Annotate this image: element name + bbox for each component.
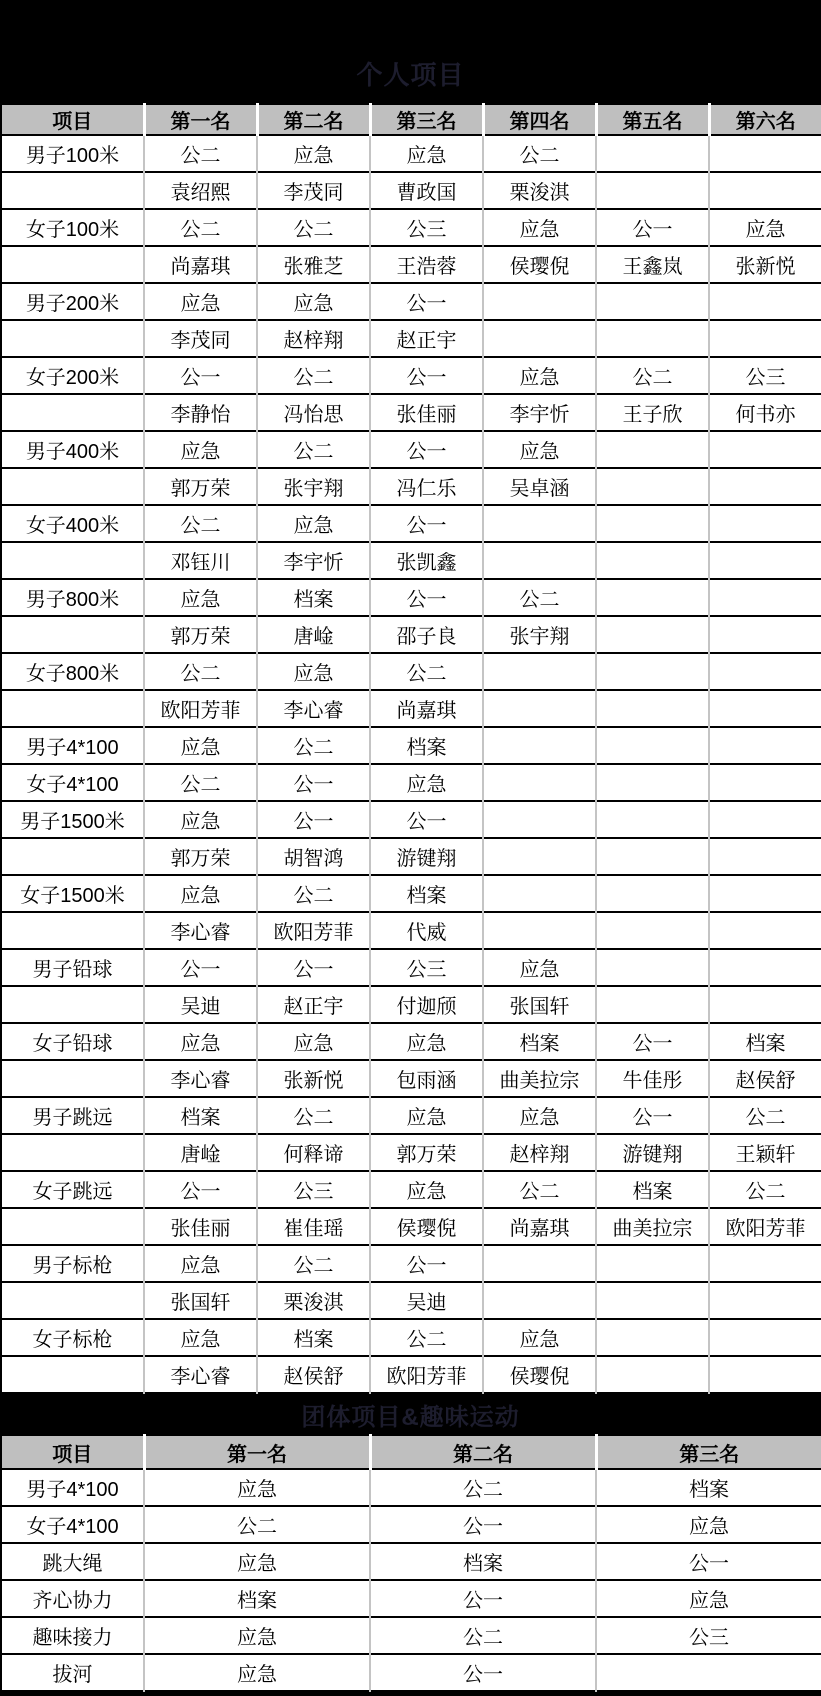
event-cell (1, 1208, 144, 1245)
column-header: 第四名 (483, 104, 596, 135)
column-header: 第三名 (596, 1435, 821, 1469)
result-cell: 应急 (257, 505, 370, 542)
result-cell: 李心睿 (144, 1356, 257, 1393)
event-cell: 女子4*100 (1, 1506, 144, 1543)
result-cell: 公一 (257, 801, 370, 838)
result-cell (596, 690, 709, 727)
table-row: 李茂同赵梓翔赵正宇 (1, 320, 821, 357)
result-cell: 应急 (144, 1469, 370, 1506)
result-cell: 公一 (596, 1543, 821, 1580)
result-cell: 应急 (144, 431, 257, 468)
result-cell (483, 801, 596, 838)
result-cell: 张佳丽 (144, 1208, 257, 1245)
header-row: 项目第一名第二名第三名 (1, 1435, 821, 1469)
result-cell: 档案 (144, 1580, 370, 1617)
event-cell (1, 986, 144, 1023)
header-row: 项目第一名第二名第三名第四名第五名第六名 (1, 104, 821, 135)
event-cell: 女子铅球 (1, 1023, 144, 1060)
result-cell: 公二 (144, 209, 257, 246)
event-cell: 女子4*100 (1, 764, 144, 801)
result-cell: 唐崯 (257, 616, 370, 653)
result-cell (596, 912, 709, 949)
result-cell (709, 1356, 821, 1393)
result-cell: 代威 (370, 912, 483, 949)
table-row: 男子800米应急档案公一公二 (1, 579, 821, 616)
result-cell (709, 912, 821, 949)
result-cell: 公一 (144, 1171, 257, 1208)
result-cell: 欧阳芳菲 (144, 690, 257, 727)
table-row: 邓钰川李宇忻张凯鑫 (1, 542, 821, 579)
result-cell: 公三 (709, 357, 821, 394)
result-cell: 张新悦 (257, 1060, 370, 1097)
result-cell: 公三 (257, 1171, 370, 1208)
result-cell: 公一 (596, 1023, 709, 1060)
event-cell (1, 468, 144, 505)
result-cell: 公一 (370, 801, 483, 838)
event-cell: 男子200米 (1, 283, 144, 320)
table-row: 李静怡冯怡思张佳丽李宇忻王子欣何书亦 (1, 394, 821, 431)
result-cell (709, 172, 821, 209)
result-cell (596, 320, 709, 357)
result-cell: 应急 (483, 357, 596, 394)
event-cell: 男子铅球 (1, 949, 144, 986)
result-cell: 公三 (370, 209, 483, 246)
table-row: 趣味接力应急公二公三 (1, 1617, 821, 1654)
result-cell: 档案 (370, 1543, 596, 1580)
result-cell: 应急 (370, 764, 483, 801)
result-cell (483, 912, 596, 949)
result-cell: 公二 (144, 1506, 370, 1543)
result-cell (596, 653, 709, 690)
result-cell (483, 764, 596, 801)
result-cell: 郭万荣 (370, 1134, 483, 1171)
result-cell (709, 431, 821, 468)
result-cell: 袁绍熙 (144, 172, 257, 209)
result-cell: 包雨涵 (370, 1060, 483, 1097)
result-cell (596, 875, 709, 912)
table-row: 李心睿张新悦包雨涵曲美拉宗牛佳彤赵侯舒 (1, 1060, 821, 1097)
result-cell: 公二 (370, 1469, 596, 1506)
result-cell: 牛佳彤 (596, 1060, 709, 1097)
result-cell: 公二 (144, 135, 257, 172)
result-cell (596, 616, 709, 653)
event-cell (1, 246, 144, 283)
result-cell: 栗浚淇 (257, 1282, 370, 1319)
result-cell: 公一 (370, 505, 483, 542)
table-row: 女子标枪应急档案公二应急 (1, 1319, 821, 1356)
table-row: 女子铅球应急应急应急档案公一档案 (1, 1023, 821, 1060)
result-cell: 李宇忻 (257, 542, 370, 579)
result-cell (596, 838, 709, 875)
event-cell: 女子400米 (1, 505, 144, 542)
event-cell: 男子100米 (1, 135, 144, 172)
table-row: 女子200米公一公二公一应急公二公三 (1, 357, 821, 394)
table-row: 女子400米公二应急公一 (1, 505, 821, 542)
result-cell: 应急 (144, 1654, 370, 1691)
table-row: 男子200米应急应急公一 (1, 283, 821, 320)
result-cell: 公二 (483, 135, 596, 172)
result-cell: 应急 (257, 135, 370, 172)
result-cell: 公一 (370, 1245, 483, 1282)
result-cell: 公一 (370, 357, 483, 394)
table-row: 女子800米公二应急公二 (1, 653, 821, 690)
result-cell: 公一 (370, 431, 483, 468)
table-row: 齐心协力档案公一应急 (1, 1580, 821, 1617)
column-header: 项目 (1, 104, 144, 135)
result-cell (596, 431, 709, 468)
result-cell (709, 542, 821, 579)
result-cell (709, 986, 821, 1023)
event-cell: 女子标枪 (1, 1319, 144, 1356)
result-cell: 公二 (257, 357, 370, 394)
table-row: 女子4*100公二公一应急 (1, 764, 821, 801)
result-cell: 公一 (370, 1580, 596, 1617)
result-cell: 张佳丽 (370, 394, 483, 431)
table-row: 欧阳芳菲李心睿尚嘉琪 (1, 690, 821, 727)
event-cell: 男子1500米 (1, 801, 144, 838)
result-cell: 应急 (596, 1506, 821, 1543)
result-cell: 公二 (144, 653, 257, 690)
event-cell: 男子4*100 (1, 727, 144, 764)
result-cell: 公二 (483, 579, 596, 616)
result-cell (709, 764, 821, 801)
result-cell: 公二 (483, 1171, 596, 1208)
individual-events-table: 项目第一名第二名第三名第四名第五名第六名 男子100米公二应急应急公二袁绍熙李茂… (0, 103, 821, 1394)
result-cell: 公二 (257, 1245, 370, 1282)
result-cell (709, 1319, 821, 1356)
result-cell: 王颖轩 (709, 1134, 821, 1171)
result-cell: 何书亦 (709, 394, 821, 431)
event-cell (1, 690, 144, 727)
table-row: 男子4*100应急公二档案 (1, 727, 821, 764)
event-cell (1, 320, 144, 357)
result-cell: 应急 (483, 1319, 596, 1356)
result-cell (596, 468, 709, 505)
result-cell: 吴卓涵 (483, 468, 596, 505)
result-cell (709, 949, 821, 986)
table-row: 跳大绳应急档案公一 (1, 1543, 821, 1580)
result-cell: 档案 (596, 1469, 821, 1506)
section2-title: 团体项目&趣味运动 (301, 1397, 519, 1432)
result-cell: 王子欣 (596, 394, 709, 431)
result-cell: 郭万荣 (144, 616, 257, 653)
column-header: 第一名 (144, 104, 257, 135)
table-row: 袁绍熙李茂同曹政国栗浚淇 (1, 172, 821, 209)
column-header: 项目 (1, 1435, 144, 1469)
result-cell: 应急 (483, 1097, 596, 1134)
event-cell (1, 1356, 144, 1393)
result-cell (596, 579, 709, 616)
event-cell: 男子4*100 (1, 1469, 144, 1506)
table-row: 郭万荣张宇翔冯仁乐吴卓涵 (1, 468, 821, 505)
result-cell: 档案 (483, 1023, 596, 1060)
team-events-table: 项目第一名第二名第三名 男子4*100应急公二档案女子4*100公二公一应急跳大… (0, 1434, 821, 1692)
result-cell (483, 320, 596, 357)
result-cell (709, 135, 821, 172)
result-cell: 侯璎倪 (483, 246, 596, 283)
result-cell: 尚嘉琪 (483, 1208, 596, 1245)
result-cell: 应急 (709, 209, 821, 246)
result-cell (709, 1245, 821, 1282)
bottom-border-strip (0, 1692, 821, 1696)
event-cell: 女子100米 (1, 209, 144, 246)
event-cell: 趣味接力 (1, 1617, 144, 1654)
result-cell (709, 320, 821, 357)
result-cell (483, 542, 596, 579)
event-cell (1, 616, 144, 653)
result-cell (709, 579, 821, 616)
result-cell (596, 1356, 709, 1393)
result-cell: 公二 (257, 727, 370, 764)
event-cell: 男子800米 (1, 579, 144, 616)
result-cell (483, 838, 596, 875)
result-cell: 应急 (144, 283, 257, 320)
result-cell: 邵子良 (370, 616, 483, 653)
table-row: 男子100米公二应急应急公二 (1, 135, 821, 172)
result-cell (596, 727, 709, 764)
result-cell: 应急 (144, 801, 257, 838)
result-cell (483, 690, 596, 727)
result-cell: 王鑫岚 (596, 246, 709, 283)
result-cell (483, 1282, 596, 1319)
result-cell: 公一 (144, 357, 257, 394)
event-cell (1, 394, 144, 431)
result-cell (709, 727, 821, 764)
result-cell: 侯璎倪 (370, 1208, 483, 1245)
result-cell (596, 1319, 709, 1356)
result-cell: 应急 (257, 283, 370, 320)
result-cell (596, 172, 709, 209)
table-row: 男子1500米应急公一公一 (1, 801, 821, 838)
event-cell: 女子1500米 (1, 875, 144, 912)
result-cell (709, 875, 821, 912)
result-cell: 档案 (370, 727, 483, 764)
column-header: 第五名 (596, 104, 709, 135)
result-cell (596, 986, 709, 1023)
result-cell (709, 653, 821, 690)
result-cell: 公二 (257, 875, 370, 912)
result-cell: 曲美拉宗 (483, 1060, 596, 1097)
result-cell: 公二 (709, 1097, 821, 1134)
result-cell: 李心睿 (144, 912, 257, 949)
result-cell: 冯仁乐 (370, 468, 483, 505)
event-cell: 男子跳远 (1, 1097, 144, 1134)
result-cell (709, 616, 821, 653)
result-cell: 李静怡 (144, 394, 257, 431)
result-cell: 公一 (370, 579, 483, 616)
result-cell: 李宇忻 (483, 394, 596, 431)
result-cell: 应急 (483, 431, 596, 468)
result-cell: 公一 (596, 1097, 709, 1134)
result-cell: 曲美拉宗 (596, 1208, 709, 1245)
result-cell: 应急 (370, 1097, 483, 1134)
column-header: 第一名 (144, 1435, 370, 1469)
result-cell: 应急 (483, 209, 596, 246)
result-cell: 付迦颀 (370, 986, 483, 1023)
result-cell: 唐崯 (144, 1134, 257, 1171)
section1-title: 个人项目 (356, 55, 464, 92)
result-cell: 档案 (370, 875, 483, 912)
result-cell: 公二 (370, 1617, 596, 1654)
result-cell (596, 505, 709, 542)
table-row: 郭万荣胡智鸿游键翔 (1, 838, 821, 875)
section1-title-band: 个人项目 (0, 0, 821, 103)
table-row: 李心睿欧阳芳菲代威 (1, 912, 821, 949)
table-row: 吴迪赵正宇付迦颀张国轩 (1, 986, 821, 1023)
table-row: 女子1500米应急公二档案 (1, 875, 821, 912)
table-row: 男子标枪应急公二公一 (1, 1245, 821, 1282)
result-cell (709, 505, 821, 542)
result-cell: 李心睿 (144, 1060, 257, 1097)
event-cell: 拔河 (1, 1654, 144, 1691)
result-cell: 公二 (257, 209, 370, 246)
result-cell: 公二 (709, 1171, 821, 1208)
result-cell: 应急 (370, 1023, 483, 1060)
result-cell: 应急 (483, 949, 596, 986)
result-cell: 李心睿 (257, 690, 370, 727)
table-row: 拔河应急公一 (1, 1654, 821, 1691)
result-cell: 应急 (144, 1617, 370, 1654)
result-cell (596, 764, 709, 801)
result-cell (483, 1245, 596, 1282)
event-cell (1, 172, 144, 209)
result-cell: 尚嘉琪 (144, 246, 257, 283)
result-cell (709, 1282, 821, 1319)
result-cell (596, 135, 709, 172)
result-cell: 赵正宇 (370, 320, 483, 357)
result-cell: 郭万荣 (144, 468, 257, 505)
event-cell (1, 1060, 144, 1097)
column-header: 第六名 (709, 104, 821, 135)
result-cell: 邓钰川 (144, 542, 257, 579)
result-cell (709, 801, 821, 838)
table-row: 男子4*100应急公二档案 (1, 1469, 821, 1506)
result-cell: 公一 (596, 209, 709, 246)
result-cell: 李茂同 (257, 172, 370, 209)
event-cell (1, 838, 144, 875)
result-cell: 公一 (257, 764, 370, 801)
table-row: 男子铅球公一公一公三应急 (1, 949, 821, 986)
table-row: 郭万荣唐崯邵子良张宇翔 (1, 616, 821, 653)
result-cell: 崔佳瑶 (257, 1208, 370, 1245)
result-cell: 档案 (257, 579, 370, 616)
result-cell: 应急 (144, 727, 257, 764)
column-header: 第三名 (370, 104, 483, 135)
result-cell: 应急 (257, 653, 370, 690)
result-cell: 冯怡思 (257, 394, 370, 431)
result-cell (596, 1282, 709, 1319)
event-cell: 女子200米 (1, 357, 144, 394)
result-cell (483, 727, 596, 764)
event-cell: 齐心协力 (1, 1580, 144, 1617)
result-cell: 公二 (257, 1097, 370, 1134)
event-cell: 女子跳远 (1, 1171, 144, 1208)
result-cell: 赵梓翔 (257, 320, 370, 357)
result-cell: 赵正宇 (257, 986, 370, 1023)
result-cell: 应急 (370, 1171, 483, 1208)
result-cell: 李茂同 (144, 320, 257, 357)
result-cell: 档案 (596, 1171, 709, 1208)
result-cell: 公一 (257, 949, 370, 986)
result-cell: 应急 (144, 1319, 257, 1356)
result-cell: 王浩蓉 (370, 246, 483, 283)
table-row: 女子4*100公二公一应急 (1, 1506, 821, 1543)
table-row: 女子跳远公一公三应急公二档案公二 (1, 1171, 821, 1208)
result-cell: 公二 (370, 1319, 483, 1356)
result-cell: 游键翔 (370, 838, 483, 875)
table-row: 尚嘉琪张雅芝王浩蓉侯璎倪王鑫岚张新悦 (1, 246, 821, 283)
result-cell: 郭万荣 (144, 838, 257, 875)
result-cell: 公二 (257, 431, 370, 468)
section2-title-band: 团体项目&趣味运动 (0, 1394, 821, 1434)
event-cell: 男子标枪 (1, 1245, 144, 1282)
event-cell: 跳大绳 (1, 1543, 144, 1580)
event-cell (1, 912, 144, 949)
table-row: 唐崯何释谛郭万荣赵梓翔游键翔王颖轩 (1, 1134, 821, 1171)
result-cell (483, 875, 596, 912)
result-cell: 栗浚淇 (483, 172, 596, 209)
result-cell: 赵梓翔 (483, 1134, 596, 1171)
result-cell (596, 1245, 709, 1282)
result-cell: 张国轩 (483, 986, 596, 1023)
result-cell: 公一 (370, 1654, 596, 1691)
result-cell: 应急 (144, 1543, 370, 1580)
event-cell (1, 542, 144, 579)
result-cell: 吴迪 (144, 986, 257, 1023)
result-cell (483, 505, 596, 542)
result-cell: 何释谛 (257, 1134, 370, 1171)
table-row: 张国轩栗浚淇吴迪 (1, 1282, 821, 1319)
result-cell (483, 653, 596, 690)
event-cell (1, 1134, 144, 1171)
result-cell: 张凯鑫 (370, 542, 483, 579)
result-cell: 张国轩 (144, 1282, 257, 1319)
result-cell (596, 542, 709, 579)
result-cell: 欧阳芳菲 (257, 912, 370, 949)
result-cell: 档案 (709, 1023, 821, 1060)
result-cell (596, 949, 709, 986)
result-cell: 应急 (596, 1580, 821, 1617)
column-header: 第二名 (257, 104, 370, 135)
result-cell: 张宇翔 (483, 616, 596, 653)
result-cell: 曹政国 (370, 172, 483, 209)
result-cell: 尚嘉琪 (370, 690, 483, 727)
result-cell: 张雅芝 (257, 246, 370, 283)
result-cell: 公一 (370, 1506, 596, 1543)
result-cell: 应急 (144, 875, 257, 912)
result-cell: 公二 (144, 505, 257, 542)
table-row: 男子跳远档案公二应急应急公一公二 (1, 1097, 821, 1134)
result-cell (483, 283, 596, 320)
result-cell: 吴迪 (370, 1282, 483, 1319)
result-cell: 赵侯舒 (257, 1356, 370, 1393)
result-cell (596, 283, 709, 320)
result-cell: 赵侯舒 (709, 1060, 821, 1097)
result-cell (709, 838, 821, 875)
event-cell: 男子400米 (1, 431, 144, 468)
column-header: 第二名 (370, 1435, 596, 1469)
result-cell: 公二 (144, 764, 257, 801)
result-cell: 应急 (144, 1023, 257, 1060)
result-cell: 公二 (596, 357, 709, 394)
result-cell: 应急 (144, 1245, 257, 1282)
table-row: 李心睿赵侯舒欧阳芳菲侯璎倪 (1, 1356, 821, 1393)
event-cell: 女子800米 (1, 653, 144, 690)
result-cell (709, 283, 821, 320)
result-cell: 欧阳芳菲 (709, 1208, 821, 1245)
result-cell: 张新悦 (709, 246, 821, 283)
result-cell: 胡智鸿 (257, 838, 370, 875)
